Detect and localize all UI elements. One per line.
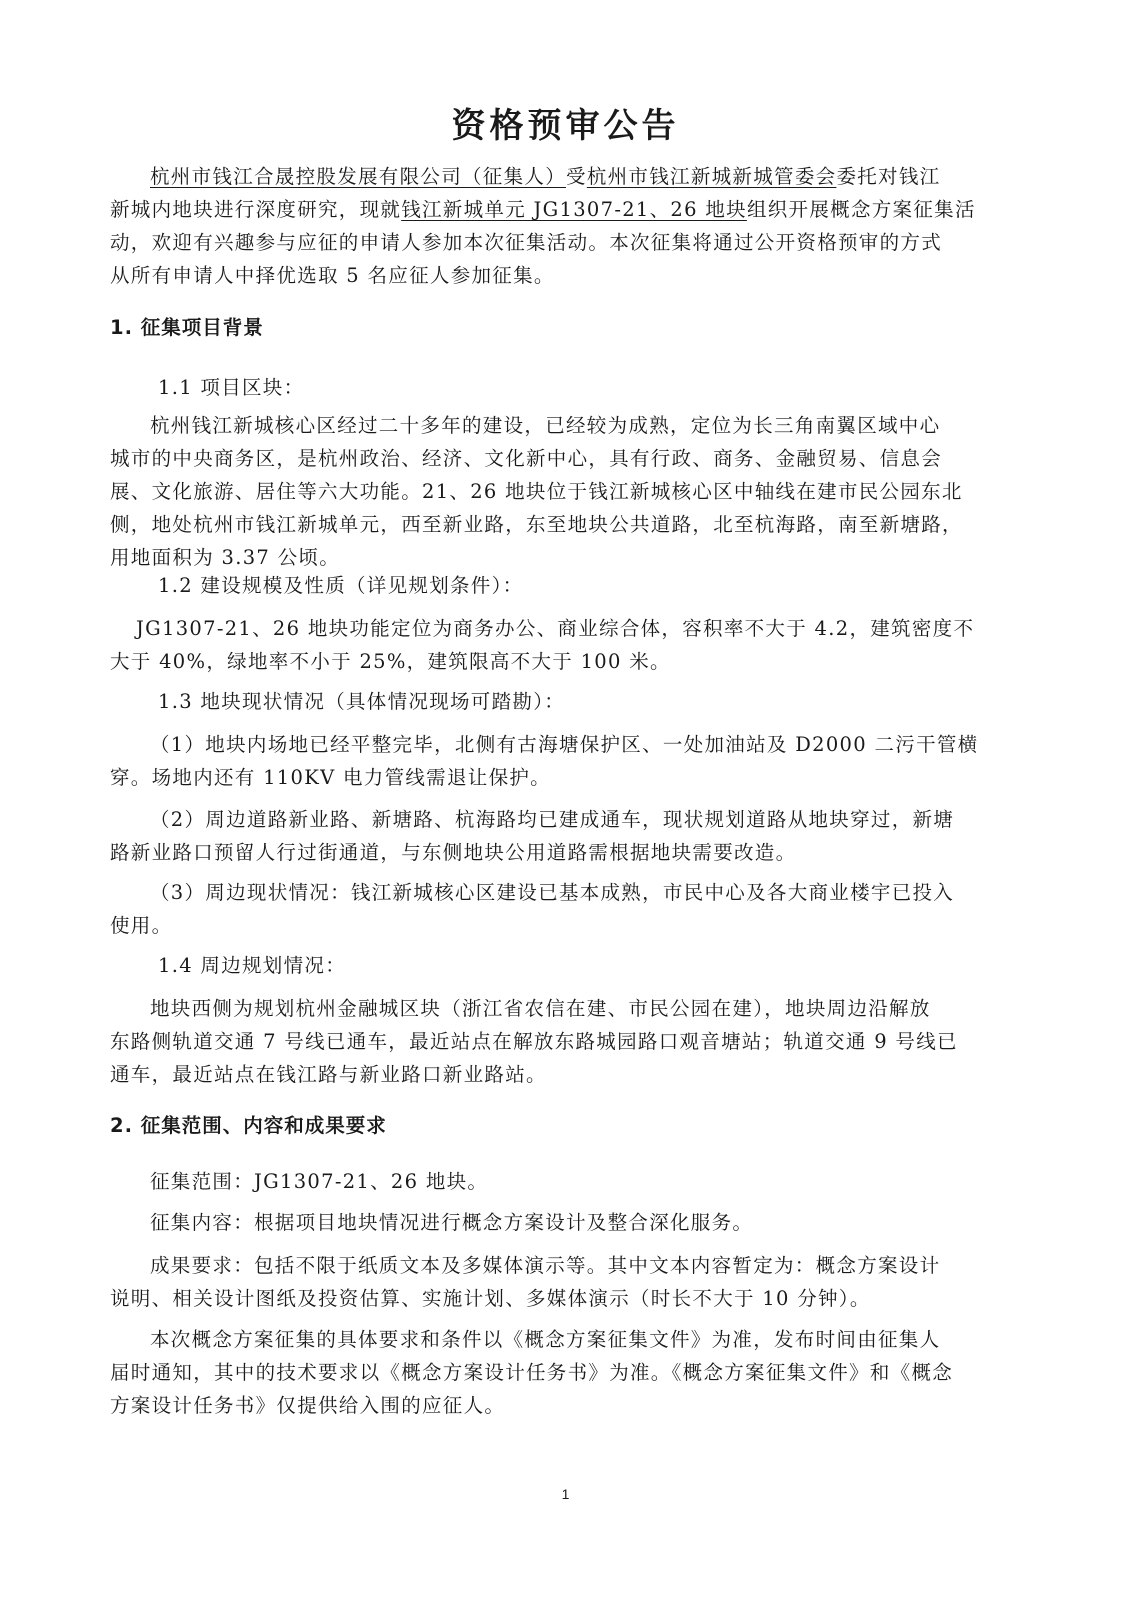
subsection-1-2-body: JG1307-21、26 地块功能定位为商务办公、商业综合体，容积率不大于 4.… (110, 612, 1010, 678)
body-line: JG1307-21、26 地块功能定位为商务办公、商业综合体，容积率不大于 4.… (110, 612, 1010, 645)
body-line: （2）周边道路新业路、新塘路、杭海路均已建成通车，现状规划道路从地块穿过，新塘 (110, 803, 1010, 836)
subsection-1-3-item-2: （2）周边道路新业路、新塘路、杭海路均已建成通车，现状规划道路从地块穿过，新塘 … (110, 803, 1010, 869)
subsection-1-4-label: 1.4 周边规划情况： (158, 950, 346, 978)
organizer-name: 杭州市钱江合晟控股发展有限公司（征集人） (150, 165, 566, 188)
body-line: 通车，最近站点在钱江路与新业路口新业路站。 (110, 1058, 1010, 1091)
subsection-1-1-label: 1.1 项目区块： (158, 372, 304, 400)
section-2-note: 本次概念方案征集的具体要求和条件以《概念方案征集文件》为准，发布时间由征集人 届… (110, 1323, 1010, 1422)
section-2-scope: 征集范围：JG1307-21、26 地块。 (110, 1165, 1010, 1198)
subsection-1-3-label: 1.3 地块现状情况（具体情况现场可踏勘）： (158, 686, 565, 714)
client-name: 杭州市钱江新城新城管委会 (587, 165, 837, 188)
intro-text: 委托对钱江 (836, 165, 940, 188)
subsection-1-2-label: 1.2 建设规模及性质（详见规划条件）： (158, 570, 523, 598)
section-2-heading: 2. 征集范围、内容和成果要求 (110, 1110, 387, 1138)
body-line: 穿。场地内还有 110KV 电力管线需退让保护。 (110, 761, 1010, 794)
intro-line-1: 杭州市钱江合晟控股发展有限公司（征集人）受杭州市钱江新城新城管委会委托对钱江 (110, 160, 1010, 193)
subsection-1-1-body: 杭州钱江新城核心区经过二十多年的建设，已经较为成熟，定位为长三角南翼区域中心 城… (110, 409, 1010, 574)
section-2-results: 成果要求：包括不限于纸质文本及多媒体演示等。其中文本内容暂定为：概念方案设计 说… (110, 1249, 1010, 1315)
intro-line-3: 动，欢迎有兴趣参与应征的申请人参加本次征集活动。本次征集将通过公开资格预审的方式 (110, 226, 1010, 259)
intro-text: 组织开展概念方案征集活 (747, 198, 976, 221)
subsection-1-3-item-3: （3）周边现状情况：钱江新城核心区建设已基本成熟，市民中心及各大商业楼宇已投入 … (110, 876, 1010, 942)
body-line: 届时通知，其中的技术要求以《概念方案设计任务书》为准。《概念方案征集文件》和《概… (110, 1356, 1010, 1389)
body-line: 使用。 (110, 909, 1010, 942)
body-line: 展、文化旅游、居住等六大功能。21、26 地块位于钱江新城核心区中轴线在建市民公… (110, 475, 1010, 508)
body-line: 方案设计任务书》仅提供给入围的应征人。 (110, 1389, 1010, 1422)
document-page: 资格预审公告 杭州市钱江合晟控股发展有限公司（征集人）受杭州市钱江新城新城管委会… (0, 0, 1131, 1600)
body-line: 征集内容：根据项目地块情况进行概念方案设计及整合深化服务。 (110, 1206, 1010, 1239)
body-line: 路新业路口预留人行过街通道，与东侧地块公用道路需根据地块需要改造。 (110, 836, 1010, 869)
page-title: 资格预审公告 (0, 98, 1131, 147)
body-line: 东路侧轨道交通 7 号线已通车，最近站点在解放东路城园路口观音塘站；轨道交通 9… (110, 1025, 1010, 1058)
section-1-heading: 1. 征集项目背景 (110, 312, 264, 340)
intro-paragraph: 杭州市钱江合晟控股发展有限公司（征集人）受杭州市钱江新城新城管委会委托对钱江 新… (110, 160, 1010, 292)
body-line: 侧，地处杭州市钱江新城单元，西至新业路，东至地块公共道路，北至杭海路，南至新塘路… (110, 508, 1010, 541)
subsection-1-3-item-1: （1）地块内场地已经平整完毕，北侧有古海塘保护区、一处加油站及 D2000 二污… (110, 728, 1010, 794)
intro-line-2: 新城内地块进行深度研究，现就钱江新城单元 JG1307-21、26 地块组织开展… (110, 193, 1010, 226)
intro-text: 新城内地块进行深度研究，现就 (110, 198, 401, 221)
body-line: 本次概念方案征集的具体要求和条件以《概念方案征集文件》为准，发布时间由征集人 (110, 1323, 1010, 1356)
body-line: 城市的中央商务区，是杭州政治、经济、文化新中心，具有行政、商务、金融贸易、信息会 (110, 442, 1010, 475)
body-line: 地块西侧为规划杭州金融城区块（浙江省农信在建、市民公园在建），地块周边沿解放 (110, 992, 1010, 1025)
intro-text: 受 (566, 165, 587, 188)
intro-line-4: 从所有申请人中择优选取 5 名应征人参加征集。 (110, 259, 1010, 292)
body-line: （3）周边现状情况：钱江新城核心区建设已基本成熟，市民中心及各大商业楼宇已投入 (110, 876, 1010, 909)
body-line: 杭州钱江新城核心区经过二十多年的建设，已经较为成熟，定位为长三角南翼区域中心 (110, 409, 1010, 442)
body-line: 说明、相关设计图纸及投资估算、实施计划、多媒体演示（时长不大于 10 分钟）。 (110, 1282, 1010, 1315)
body-line: 征集范围：JG1307-21、26 地块。 (110, 1165, 1010, 1198)
body-line: 成果要求：包括不限于纸质文本及多媒体演示等。其中文本内容暂定为：概念方案设计 (110, 1249, 1010, 1282)
body-line: 大于 40%，绿地率不小于 25%，建筑限高不大于 100 米。 (110, 645, 1010, 678)
page-number: 1 (0, 1486, 1131, 1502)
subsection-1-4-body: 地块西侧为规划杭州金融城区块（浙江省农信在建、市民公园在建），地块周边沿解放 东… (110, 992, 1010, 1091)
project-name: 钱江新城单元 JG1307-21、26 地块 (401, 198, 747, 221)
section-2-content: 征集内容：根据项目地块情况进行概念方案设计及整合深化服务。 (110, 1206, 1010, 1239)
body-line: （1）地块内场地已经平整完毕，北侧有古海塘保护区、一处加油站及 D2000 二污… (110, 728, 1010, 761)
